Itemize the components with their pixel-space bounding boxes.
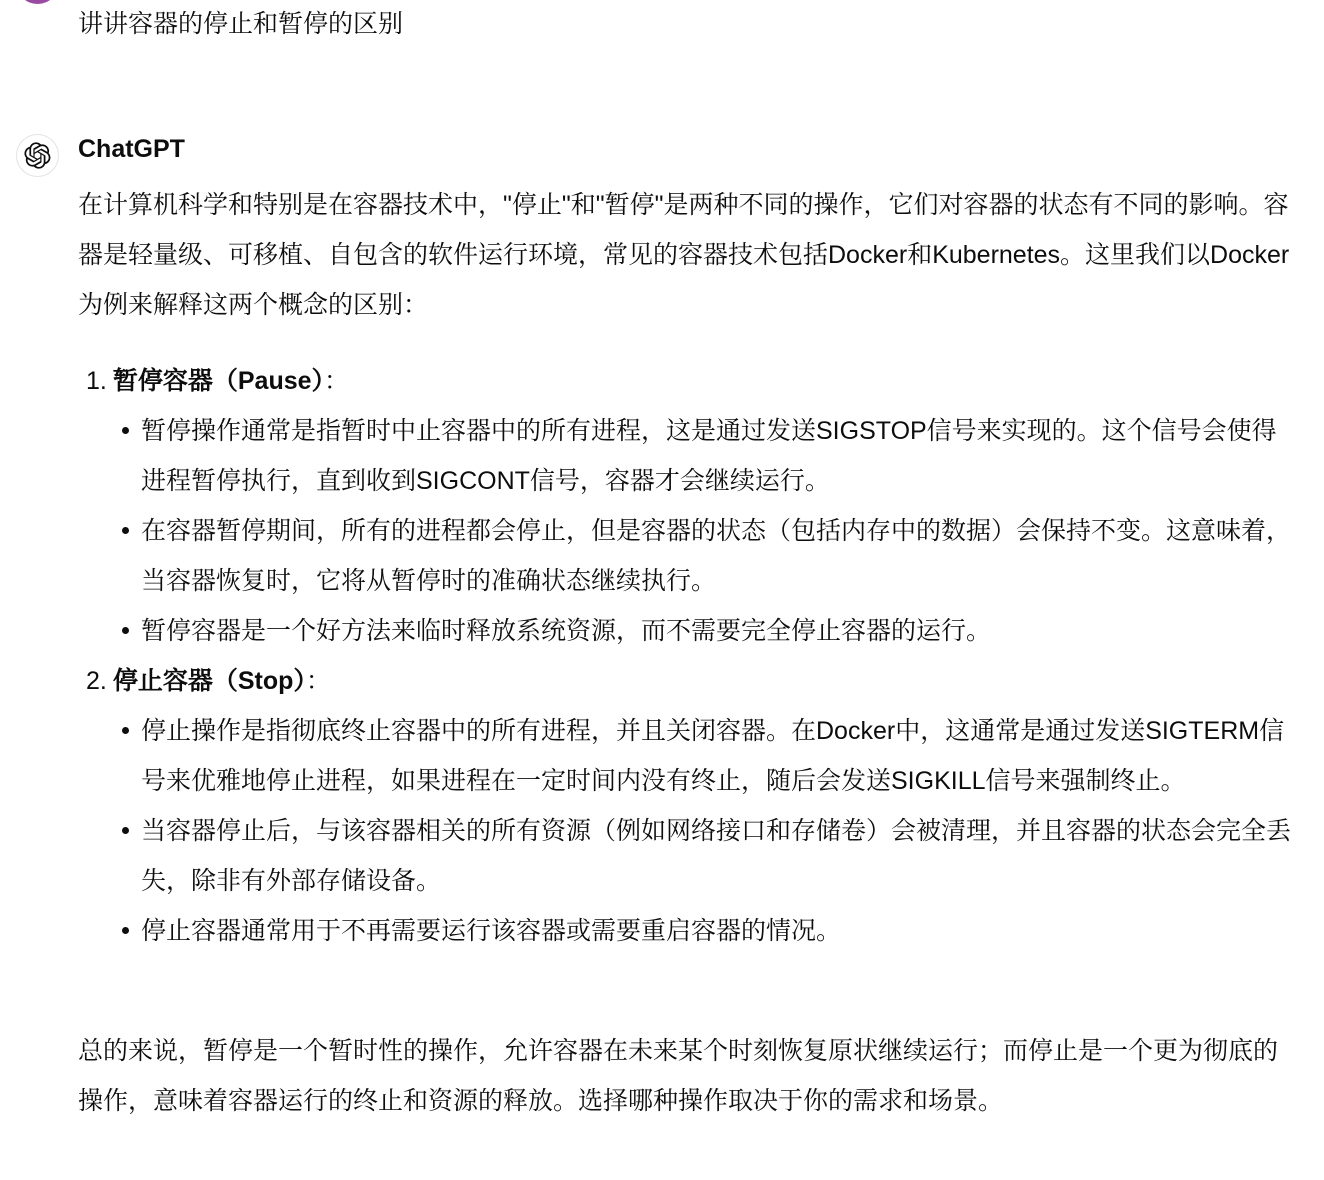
bullet-marker [122, 627, 129, 634]
assistant-summary-paragraph: 总的来说，暂停是一个暂时性的操作，允许容器在未来某个时刻恢复原状继续运行；而停止… [78, 1026, 1298, 1126]
bullet-item: 暂停操作通常是指暂时中止容器中的所有进程，这是通过发送SIGSTOP信号来实现的… [78, 406, 1298, 506]
bullet-item: 暂停容器是一个好方法来临时释放系统资源，而不需要完全停止容器的运行。 [78, 606, 1298, 656]
chatgpt-avatar [16, 134, 59, 177]
list-item-pause: 1. 暂停容器（Pause）： 暂停操作通常是指暂时中止容器中的所有进程，这是通… [78, 356, 1298, 656]
assistant-message: ChatGPT 在计算机科学和特别是在容器技术中，"停止"和"暂停"是两种不同的… [0, 134, 1324, 1126]
bullet-marker [122, 727, 129, 734]
user-message: 讲讲容器的停止和暂停的区别 [0, 0, 1324, 42]
bullet-marker [122, 927, 129, 934]
list-item-title: 暂停容器（Pause） [113, 367, 324, 395]
bullet-text: 停止操作是指彻底终止容器中的所有进程，并且关闭容器。在Docker中，这通常是通… [141, 706, 1298, 806]
user-message-text: 讲讲容器的停止和暂停的区别 [78, 0, 1298, 42]
openai-logo-icon [24, 142, 51, 169]
list-item-title: 停止容器（Stop） [113, 667, 306, 695]
bullet-text: 停止容器通常用于不再需要运行该容器或需要重启容器的情况。 [141, 906, 1298, 956]
bullet-marker [122, 427, 129, 434]
list-item-stop: 2. 停止容器（Stop）： 停止操作是指彻底终止容器中的所有进程，并且关闭容器… [78, 656, 1298, 956]
list-item-colon: ： [324, 367, 349, 395]
bullet-text: 暂停操作通常是指暂时中止容器中的所有进程，这是通过发送SIGSTOP信号来实现的… [141, 406, 1298, 506]
list-item-title-wrap: 暂停容器（Pause）： [113, 356, 349, 406]
list-item-colon: ： [306, 667, 331, 695]
conversation-thread: 讲讲容器的停止和暂停的区别 ChatGPT 在计算机科学和特别是在容器技术中，"… [0, 0, 1324, 1180]
pause-stop-list: 1. 暂停容器（Pause）： 暂停操作通常是指暂时中止容器中的所有进程，这是通… [78, 356, 1298, 956]
bullet-text: 暂停容器是一个好方法来临时释放系统资源，而不需要完全停止容器的运行。 [141, 606, 1298, 656]
bullet-item: 停止容器通常用于不再需要运行该容器或需要重启容器的情况。 [78, 906, 1298, 956]
bullet-text: 当容器停止后，与该容器相关的所有资源（例如网络接口和存储卷）会被清理，并且容器的… [141, 806, 1298, 906]
assistant-intro-paragraph: 在计算机科学和特别是在容器技术中，"停止"和"暂停"是两种不同的操作，它们对容器… [78, 180, 1298, 330]
assistant-name: ChatGPT [78, 134, 1298, 165]
list-item-heading: 2. 停止容器（Stop）： [78, 656, 1298, 706]
bullet-item: 当容器停止后，与该容器相关的所有资源（例如网络接口和存储卷）会被清理，并且容器的… [78, 806, 1298, 906]
bullet-text: 在容器暂停期间，所有的进程都会停止，但是容器的状态（包括内存中的数据）会保持不变… [141, 506, 1298, 606]
bullet-item: 在容器暂停期间，所有的进程都会停止，但是容器的状态（包括内存中的数据）会保持不变… [78, 506, 1298, 606]
list-item-number: 2. [86, 656, 107, 706]
bullet-marker [122, 827, 129, 834]
bullet-item: 停止操作是指彻底终止容器中的所有进程，并且关闭容器。在Docker中，这通常是通… [78, 706, 1298, 806]
user-avatar [16, 0, 59, 4]
list-item-heading: 1. 暂停容器（Pause）： [78, 356, 1298, 406]
bullet-marker [122, 527, 129, 534]
list-item-number: 1. [86, 356, 107, 406]
list-item-title-wrap: 停止容器（Stop）： [113, 656, 331, 706]
